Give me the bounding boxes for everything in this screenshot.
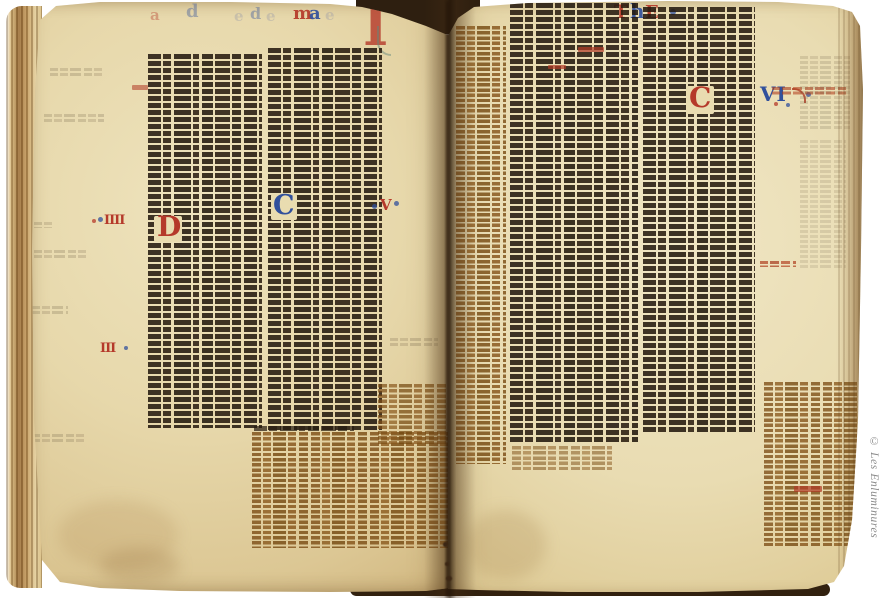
marginal-gloss [512,446,612,470]
marginal-note-faint [32,434,86,444]
running-title-letter: a [309,5,321,23]
marginal-note-faint [34,250,86,259]
paraph-mark-icon [372,204,377,209]
inline-rubric [578,47,604,52]
text-column-2 [643,7,755,433]
copyright-watermark: © Les Enluminures [868,436,880,586]
running-title-letter: a [150,8,160,23]
inline-rubric [794,486,822,492]
right-page: T h E C VI [448,0,866,600]
spine-line [446,2,450,596]
marginal-note-faint [44,114,104,123]
text-column-2 [268,48,382,430]
marginal-note-faint [34,222,54,228]
chapter-numeral: V [380,198,392,213]
parchment-stain [100,548,180,584]
marginal-note-faint [50,68,104,76]
running-title-letter: e [266,9,276,24]
initial-c: C [273,192,295,219]
text-column-1 [510,3,638,443]
paraph-mark-icon [92,219,96,223]
inline-rubric [548,65,566,69]
wormhole-spot [443,542,448,547]
paraph-mark-icon [98,217,103,222]
marginal-rubric [132,85,148,90]
paraph-mark-icon [786,103,790,107]
marginal-note-faint [32,306,68,314]
wormhole-spot [445,562,449,566]
gutter-shadow [424,0,476,598]
running-title-letter: e [234,9,244,24]
manuscript-photo: a d e d e m a e I D IIII C V III [0,0,890,600]
left-page: a d e d e m a e I D IIII C V III [30,0,450,594]
paraph-mark-icon [774,102,778,106]
running-title-letter: d [186,3,199,21]
parchment-stain [466,510,546,580]
chapter-numeral: III [100,342,115,355]
paraph-mark-icon [394,201,399,206]
chapter-numeral: IIII [104,214,124,227]
initial-c: C [689,84,711,112]
wormhole-spot [446,576,452,581]
initial-d: D [157,213,181,241]
page-edges-right [838,4,864,584]
paraph-mark-icon [124,346,128,350]
marginal-rubric [760,261,796,267]
running-title-letter: e [325,8,335,23]
running-title-letter: d [250,6,261,22]
